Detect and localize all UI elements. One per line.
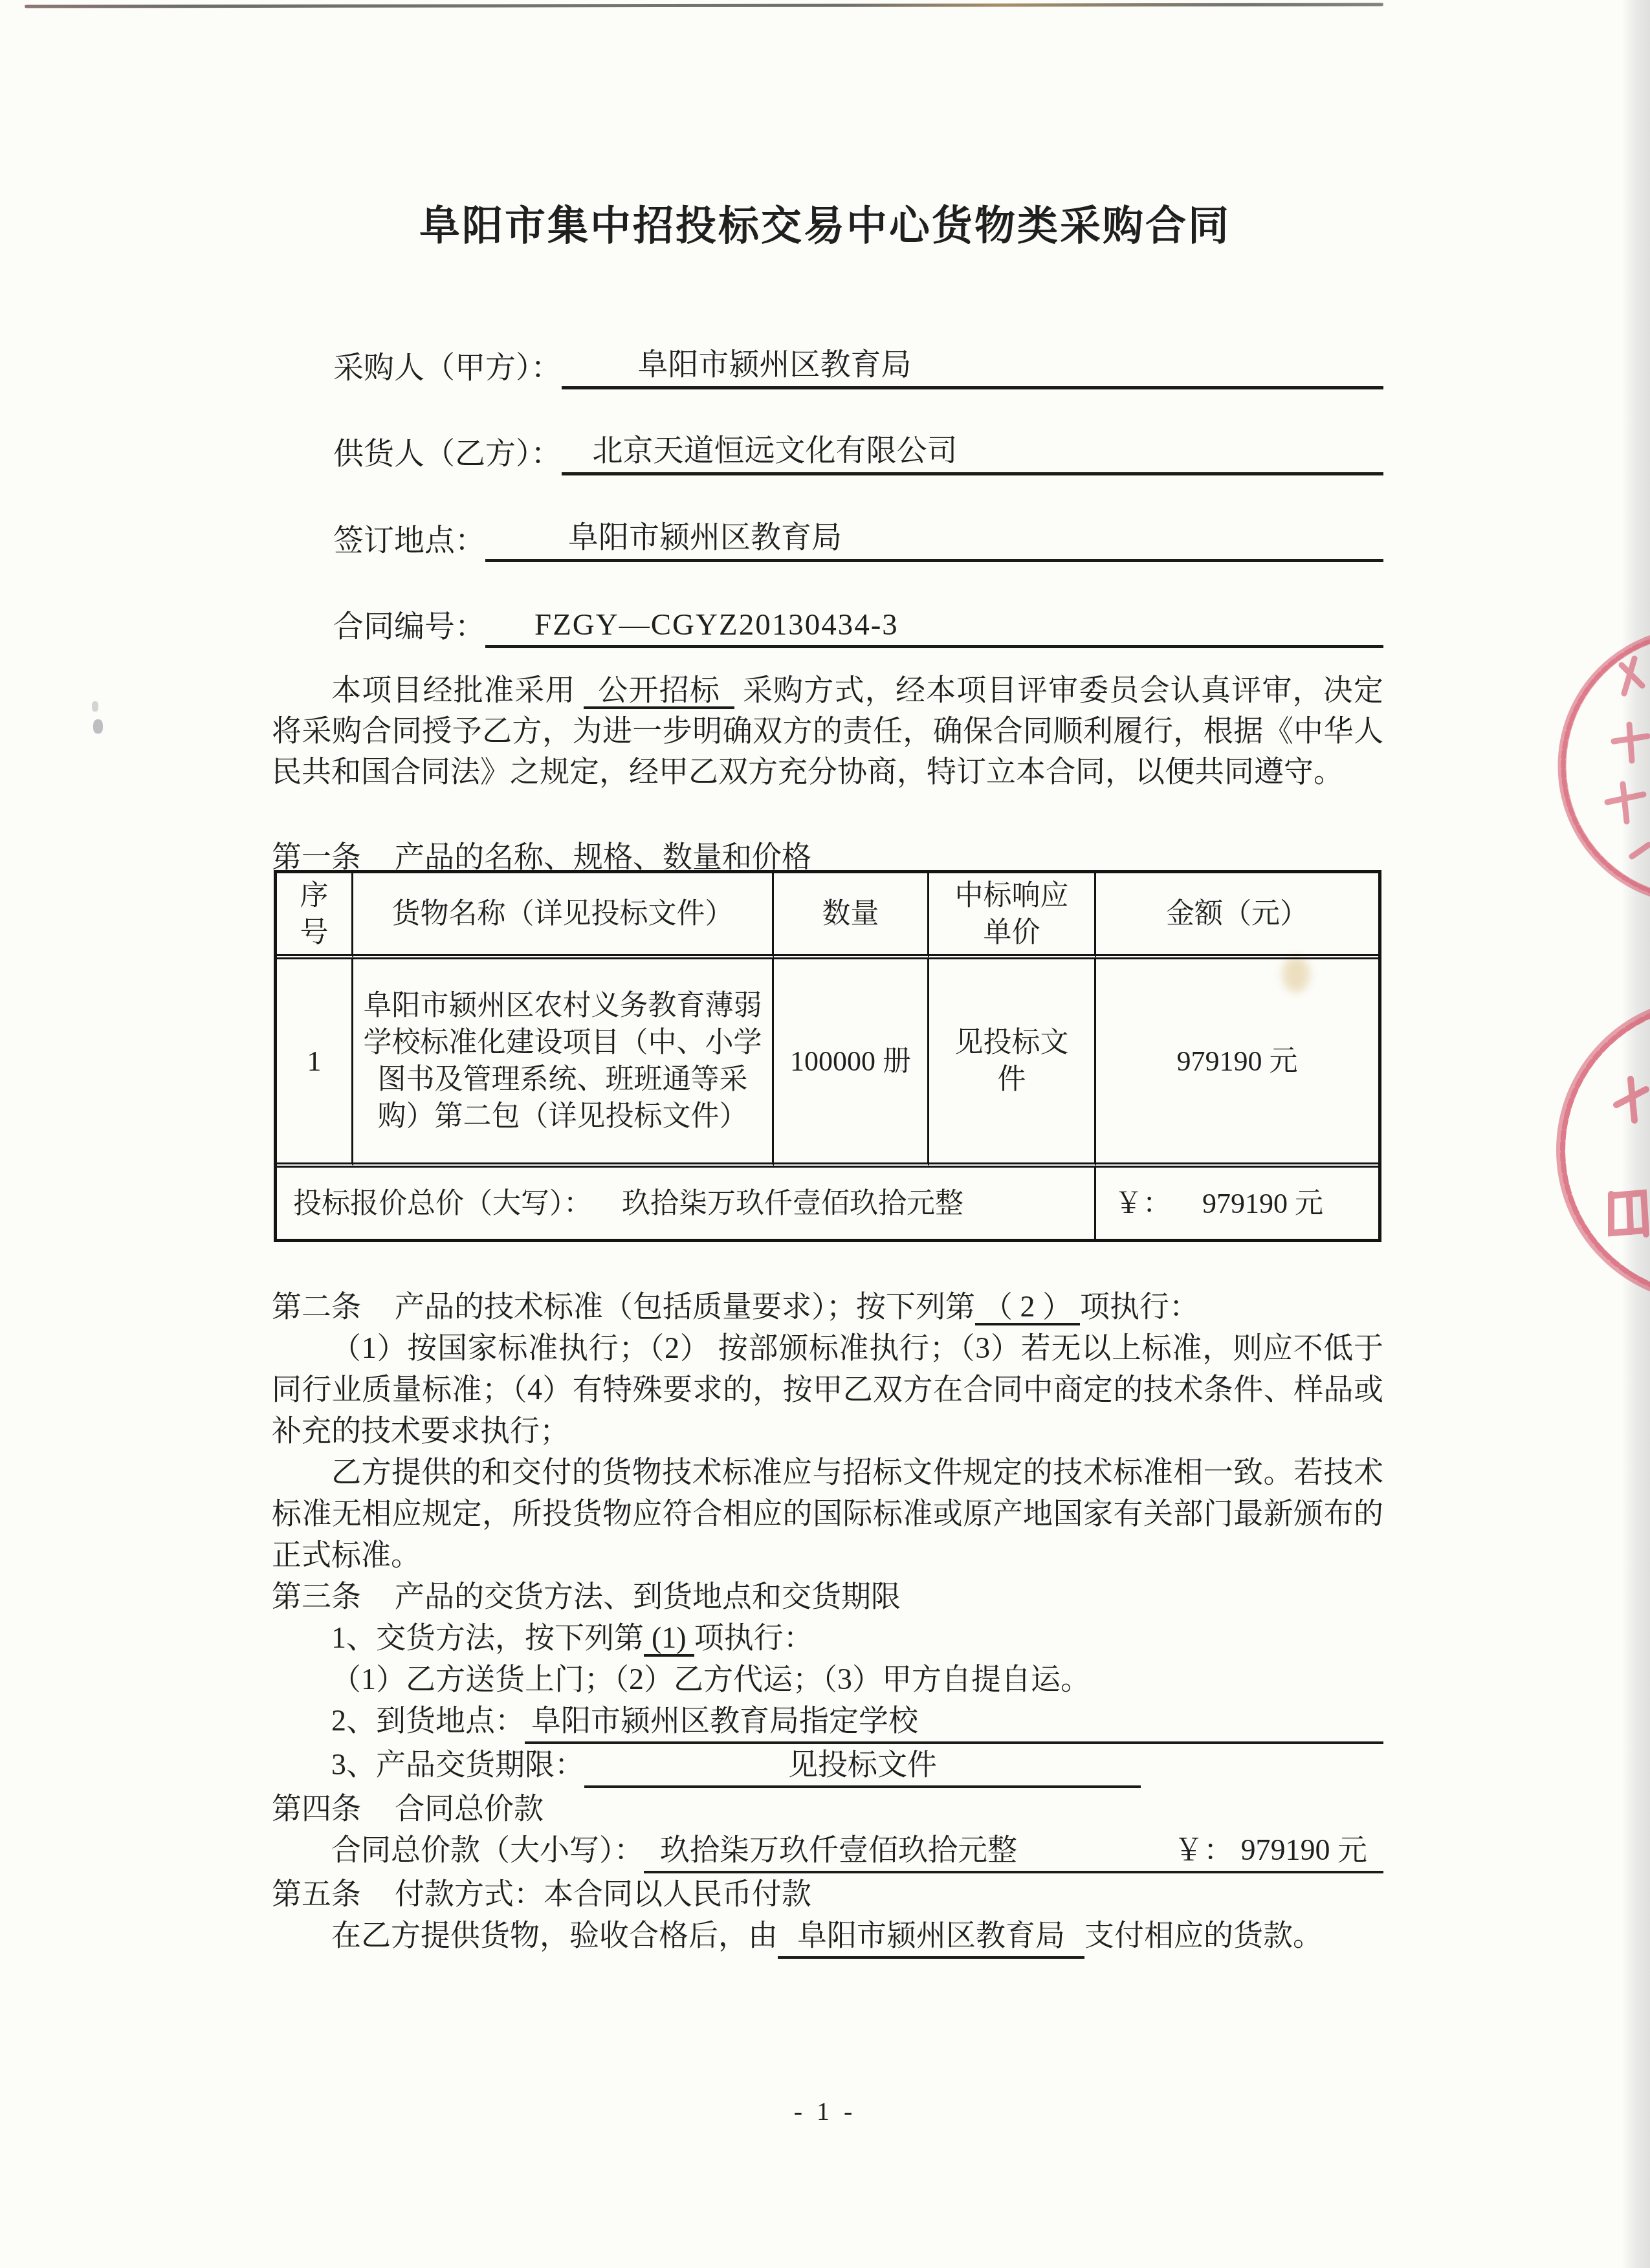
table-cell-goods-name: 阜阳市颍州区农村义务教育薄弱学校标准化建设项目（中、小学图书及管理系统、班班通等…: [353, 959, 774, 1168]
total-price-figures: 979190 元: [1202, 1185, 1323, 1222]
intro-lead: 本项目经批准采用: [331, 673, 584, 706]
scan-right-edge: [1622, 0, 1650, 2268]
delivery-deadline-value: 见投标文件: [584, 1744, 1141, 1788]
currency-label: ￥：: [1114, 1185, 1171, 1222]
procurement-method-underlined: 公开招标: [584, 673, 734, 709]
article-3-heading: 第三条产品的交货方法、到货地点和交货期限: [272, 1576, 1383, 1617]
article-4-number: 第四条: [272, 1792, 361, 1825]
table-cell-amount: 979190 元: [1096, 959, 1378, 1168]
scan-speck: [93, 719, 103, 734]
article-3-item-2: 2、到货地点： 阜阳市颍州区教育局指定学校: [272, 1700, 1383, 1744]
signing-place-label: 签订地点：: [333, 516, 485, 562]
page-title: 阜阳市集中招投标交易中心货物类采购合同: [0, 193, 1650, 252]
article-2-heading: 第二条产品的技术标准（包括质量要求）；按下列第（ 2 ）项执行：: [272, 1286, 1383, 1327]
contract-total-figures: ￥： 979190 元: [1174, 1829, 1367, 1871]
article-3-item-1-options: （1）乙方送货上门；（2）乙方代运；（3）甲方自提自运。: [272, 1659, 1383, 1700]
page-number: - 1 -: [0, 2096, 1650, 2126]
article-2-clause-2: 乙方提供的和交付的货物技术标准应与招标文件规定的技术标准相一致。若技术标准无相应…: [272, 1452, 1383, 1576]
buyer-value: 阜阳市颍州区教育局: [638, 340, 912, 386]
contract-no-field: 合同编号： FZGY—CGYZ20130434-3: [333, 600, 1383, 648]
signing-place-underline: 阜阳市颍州区教育局: [485, 513, 1383, 562]
buyer-label: 采购人（甲方）：: [333, 343, 562, 389]
selected-delivery-option: (1): [644, 1621, 694, 1657]
supplier-label: 供货人（乙方）：: [333, 430, 562, 475]
contract-no-value: FZGY—CGYZ20130434-3: [534, 607, 899, 645]
article-3-title: 产品的交货方法、到货地点和交货期限: [395, 1580, 901, 1613]
signing-place-field: 签订地点： 阜阳市颍州区教育局: [333, 514, 1383, 562]
table-cell-qty: 100000 册: [774, 959, 929, 1168]
intro-paragraph: 本项目经批准采用 公开招标 采购方式，经本项目评审委员会认真评审，决定将采购合同…: [272, 670, 1383, 792]
article-2-number: 第二条: [272, 1290, 361, 1323]
supplier-value: 北京天道恒远文化有限公司: [593, 426, 958, 472]
article-2-clause-1: （1）按国家标准执行；（2） 按部颁标准执行；（3）若无以上标准，则应不低于同行…: [272, 1327, 1383, 1452]
contract-total-words: 玖拾柒万玖仟壹佰玖拾元整: [660, 1829, 1017, 1871]
article-3-item-1: 1、交货方法，按下列第(1)项执行：: [272, 1617, 1383, 1659]
contract-no-underline: FZGY—CGYZ20130434-3: [485, 607, 1383, 648]
payment-before: 在乙方提供货物，验收合格后，由: [331, 1915, 778, 1956]
supplier-field: 供货人（乙方）： 北京天道恒远文化有限公司: [333, 428, 1383, 475]
articles-body: 第二条产品的技术标准（包括质量要求）；按下列第（ 2 ）项执行： （1）按国家标…: [272, 1286, 1383, 1959]
buyer-field: 采购人（甲方）： 阜阳市颍州区教育局: [333, 342, 1383, 389]
article-4-title: 合同总价款: [395, 1792, 544, 1825]
delivery-deadline-label: 3、产品交货期限：: [331, 1744, 584, 1785]
table-header-qty: 数量: [774, 873, 929, 959]
article-1-title: 产品的名称、规格、数量和价格: [395, 840, 811, 873]
table-header-amount: 金额（元）: [1096, 873, 1378, 959]
article-1-number: 第一条: [272, 840, 361, 873]
table-header-unit-price: 中标响应单价: [929, 873, 1096, 959]
total-price-words: 玖拾柒万玖仟壹佰玖拾元整: [622, 1185, 963, 1222]
contract-total-underline: 玖拾柒万玖仟壹佰玖拾元整 ￥： 979190 元: [644, 1829, 1383, 1873]
scan-speck: [92, 701, 98, 712]
signing-place-value: 阜阳市颍州区教育局: [568, 513, 842, 559]
article-4-heading: 第四条合同总价款: [272, 1788, 1383, 1829]
delivery-method-before: 1、交货方法，按下列第: [331, 1621, 644, 1654]
article-5-payment-line: 在乙方提供货物，验收合格后，由 阜阳市颍州区教育局 支付相应的货款。: [272, 1915, 1383, 1959]
article-2-title-before: 产品的技术标准（包括质量要求）；按下列第: [395, 1290, 975, 1323]
article-5-title: 付款方式：本合同以人民币付款: [395, 1877, 811, 1910]
table-header-name: 货物名称（详见投标文件）: [353, 873, 774, 959]
article-2-title-after: 项执行：: [1080, 1290, 1199, 1323]
article-3-number: 第三条: [272, 1580, 361, 1613]
selected-standard-option: （ 2 ）: [975, 1290, 1080, 1325]
table-footer-total-figures: ￥： 979190 元: [1096, 1168, 1378, 1239]
article-4-total-line: 合同总价款（大小写）： 玖拾柒万玖仟壹佰玖拾元整 ￥： 979190 元: [272, 1829, 1383, 1873]
delivery-place-label: 2、到货地点：: [331, 1700, 525, 1741]
table-header-index: 序号: [277, 873, 353, 959]
payer-value: 阜阳市颍州区教育局: [778, 1915, 1084, 1959]
contract-total-label: 合同总价款（大小写）：: [331, 1829, 644, 1871]
article-3-item-3: 3、产品交货期限： 见投标文件: [272, 1744, 1383, 1788]
table-cell-unit-price: 见投标文件: [929, 959, 1096, 1168]
scan-edge-artifact: [25, 3, 1383, 8]
contract-no-label: 合同编号：: [333, 602, 485, 648]
article-5-number: 第五条: [272, 1877, 361, 1910]
table-cell-index: 1: [277, 959, 353, 1168]
article-5-heading: 第五条付款方式：本合同以人民币付款: [272, 1873, 1383, 1915]
contract-scan-page: 阜阳市集中招投标交易中心货物类采购合同 采购人（甲方）： 阜阳市颍州区教育局 供…: [0, 0, 1650, 2268]
delivery-place-value: 阜阳市颍州区教育局指定学校: [525, 1700, 1383, 1744]
payment-after: 支付相应的货款。: [1084, 1915, 1323, 1956]
total-price-label: 投标报价总价（大写）：: [293, 1185, 592, 1222]
products-table: 序号 货物名称（详见投标文件） 数量 中标响应单价 金额（元） 1 阜阳市颍州区…: [274, 870, 1381, 1242]
table-footer-total-words: 投标报价总价（大写）： 玖拾柒万玖仟壹佰玖拾元整: [277, 1168, 1096, 1239]
delivery-method-after: 项执行：: [694, 1621, 813, 1654]
supplier-underline: 北京天道恒远文化有限公司: [562, 426, 1384, 475]
buyer-underline: 阜阳市颍州区教育局: [562, 340, 1384, 389]
